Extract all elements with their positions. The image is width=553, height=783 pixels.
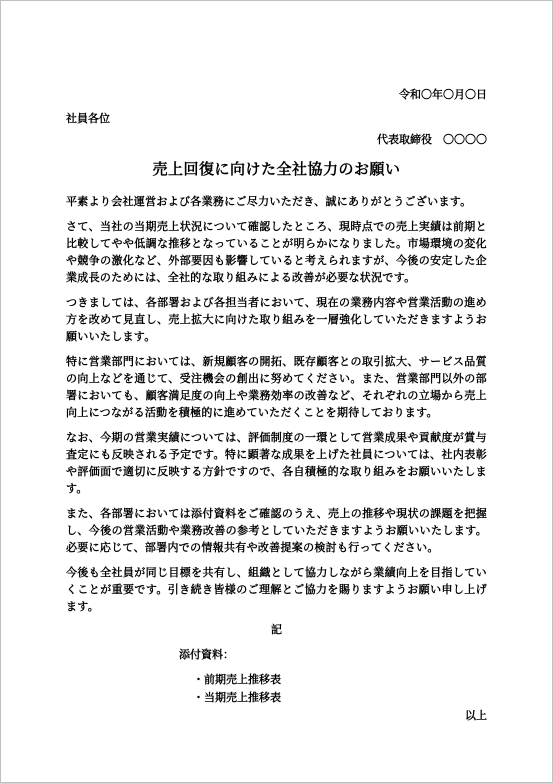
body-paragraph-evaluation: なお、今期の営業実績については、評価制度の一環として営業成果や貢献度が賞与査定に…	[66, 429, 487, 497]
attachments-label: 添付資料：	[66, 646, 487, 663]
notation-ki: 記	[66, 621, 487, 638]
closing-ijou: 以上	[66, 707, 487, 724]
body-paragraph-request: つきましては、各部署および各担当者において、現在の業務内容や営業活動の進め方を改…	[66, 294, 487, 345]
sender-line: 代表取締役 〇〇〇〇	[66, 131, 487, 148]
date-line: 令和〇年〇月〇日	[66, 86, 487, 103]
body-paragraph-sales-department: 特に営業部門においては、新規顧客の開拓、既存顧客との取引拡大、サービス品質の向上…	[66, 353, 487, 421]
attachments-list: ・前期売上推移表 ・当期売上推移表	[66, 671, 487, 707]
body-paragraph-closing-remarks: 今後も全社員が同じ目標を共有し、組織として協力しながら業績向上を目指していくこと…	[66, 564, 487, 615]
document-content: 令和〇年〇月〇日 社員各位 代表取締役 〇〇〇〇 売上回復に向けた全社協力のお願…	[1, 86, 552, 724]
body-paragraph-greeting: 平素より会社運営および各業務にご尽力いただき、誠にありがとうございます。	[66, 193, 487, 210]
attachment-item-previous-period: ・前期売上推移表	[193, 671, 487, 689]
document-title: 売上回復に向けた全社協力のお願い	[66, 159, 487, 179]
body-paragraph-sales-status: さて、当社の当期売上状況について確認したところ、現時点での売上実績は前期と比較し…	[66, 218, 487, 286]
body-paragraph-attached-materials: また、各部署においては添付資料をご確認のうえ、売上の推移や現状の課題を把握し、今…	[66, 505, 487, 556]
recipient-line: 社員各位	[66, 110, 487, 127]
attachment-item-current-period: ・当期売上推移表	[193, 689, 487, 707]
document-page: 令和〇年〇月〇日 社員各位 代表取締役 〇〇〇〇 売上回復に向けた全社協力のお願…	[0, 0, 553, 783]
